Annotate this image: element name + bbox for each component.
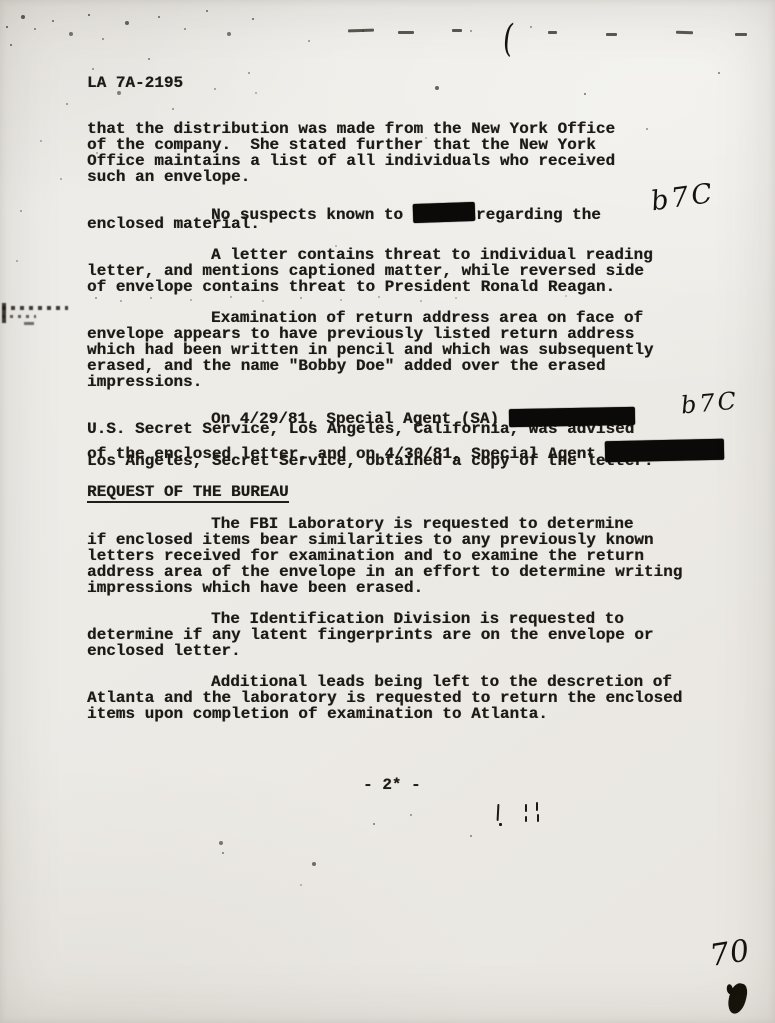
text-line: enclosed material. xyxy=(87,216,727,232)
paragraph-distribution: that the distribution was made from the … xyxy=(87,121,727,185)
redaction-bar xyxy=(605,439,724,462)
text-line: letter, and mentions captioned matter, w… xyxy=(87,263,727,279)
text-line: impressions. xyxy=(87,374,727,390)
paragraph-no-suspects: No suspects known toregarding the enclos… xyxy=(87,200,727,232)
text-line: No suspects known toregarding the xyxy=(87,200,727,216)
text-line: if enclosed items bear similarities to a… xyxy=(87,532,727,548)
text-line: The Identification Division is requested… xyxy=(87,611,727,627)
redaction-bar xyxy=(509,407,635,427)
scan-streak xyxy=(735,33,747,36)
stray-mark xyxy=(536,802,538,811)
section-heading-block: REQUEST OF THE BUREAU xyxy=(87,484,727,503)
paragraph-secret-service: On 4/29/81, Special Agent (SA) U.S. Secr… xyxy=(87,405,727,469)
text-line: determine if any latent fingerprints are… xyxy=(87,627,727,643)
stray-mark xyxy=(525,804,527,812)
scan-streak xyxy=(452,29,462,32)
stray-mark xyxy=(499,823,502,826)
text-line: that the distribution was made from the … xyxy=(87,121,727,137)
margin-ink-smudge xyxy=(2,303,76,333)
text-line: items upon completion of examination to … xyxy=(87,706,727,722)
text-line: such an envelope. xyxy=(87,169,727,185)
text-line: On 4/29/81, Special Agent (SA) xyxy=(87,405,727,421)
text-line: impressions which have been erased. xyxy=(87,580,727,596)
redaction-bar xyxy=(413,202,476,223)
handwritten-page-mark: 70 xyxy=(708,933,753,974)
scan-streak xyxy=(606,33,617,36)
text-line: enclosed letter. xyxy=(87,643,727,659)
case-number: LA 7A-2195 xyxy=(87,75,183,91)
scan-streak xyxy=(348,29,374,33)
text-line: Additional leads being left to the descr… xyxy=(87,674,727,690)
document-body: that the distribution was made from the … xyxy=(87,121,727,737)
paragraph-fbi-laboratory: The FBI Laboratory is requested to deter… xyxy=(87,516,727,596)
ink-blob xyxy=(726,982,749,1016)
text-line: A letter contains threat to individual r… xyxy=(87,247,727,263)
text-line: envelope appears to have previously list… xyxy=(87,326,727,342)
scanned-document-page: ( b7C b7C 70 LA 7A-2195 that the distrib… xyxy=(0,0,775,1023)
paragraph-identification-division: The Identification Division is requested… xyxy=(87,611,727,659)
text-line: The FBI Laboratory is requested to deter… xyxy=(87,516,727,532)
text-line: letters received for examination and to … xyxy=(87,548,727,564)
text-line: Atlanta and the laboratory is requested … xyxy=(87,690,727,706)
text-line: Examination of return address area on fa… xyxy=(87,310,727,326)
text-line: of envelope contains threat to President… xyxy=(87,279,727,295)
text-line: erased, and the name "Bobby Doe" added o… xyxy=(87,358,727,374)
paragraph-examination: Examination of return address area on fa… xyxy=(87,310,727,390)
text-line: of the company. She stated further that … xyxy=(87,137,727,153)
scan-streak xyxy=(548,31,557,34)
scan-speckles xyxy=(6,26,8,28)
text-line: address area of the envelope in an effor… xyxy=(87,564,727,580)
text-line: of the enclosed letter, and on 4/30/81, … xyxy=(87,437,727,453)
paragraph-additional-leads: Additional leads being left to the descr… xyxy=(87,674,727,722)
text-line: Office maintains a list of all individua… xyxy=(87,153,727,169)
stray-mark xyxy=(525,816,527,822)
text-line: which had been written in pencil and whi… xyxy=(87,342,727,358)
page-number: - 2* - xyxy=(363,777,421,793)
section-heading: REQUEST OF THE BUREAU xyxy=(87,484,289,503)
paragraph-letter-threat: A letter contains threat to individual r… xyxy=(87,247,727,295)
stray-mark xyxy=(497,804,500,821)
scan-streak xyxy=(676,31,693,35)
stray-paren-mark: ( xyxy=(501,16,516,61)
stray-mark xyxy=(537,814,539,822)
text-segment: regarding the xyxy=(476,206,601,224)
scan-streak xyxy=(398,31,414,34)
